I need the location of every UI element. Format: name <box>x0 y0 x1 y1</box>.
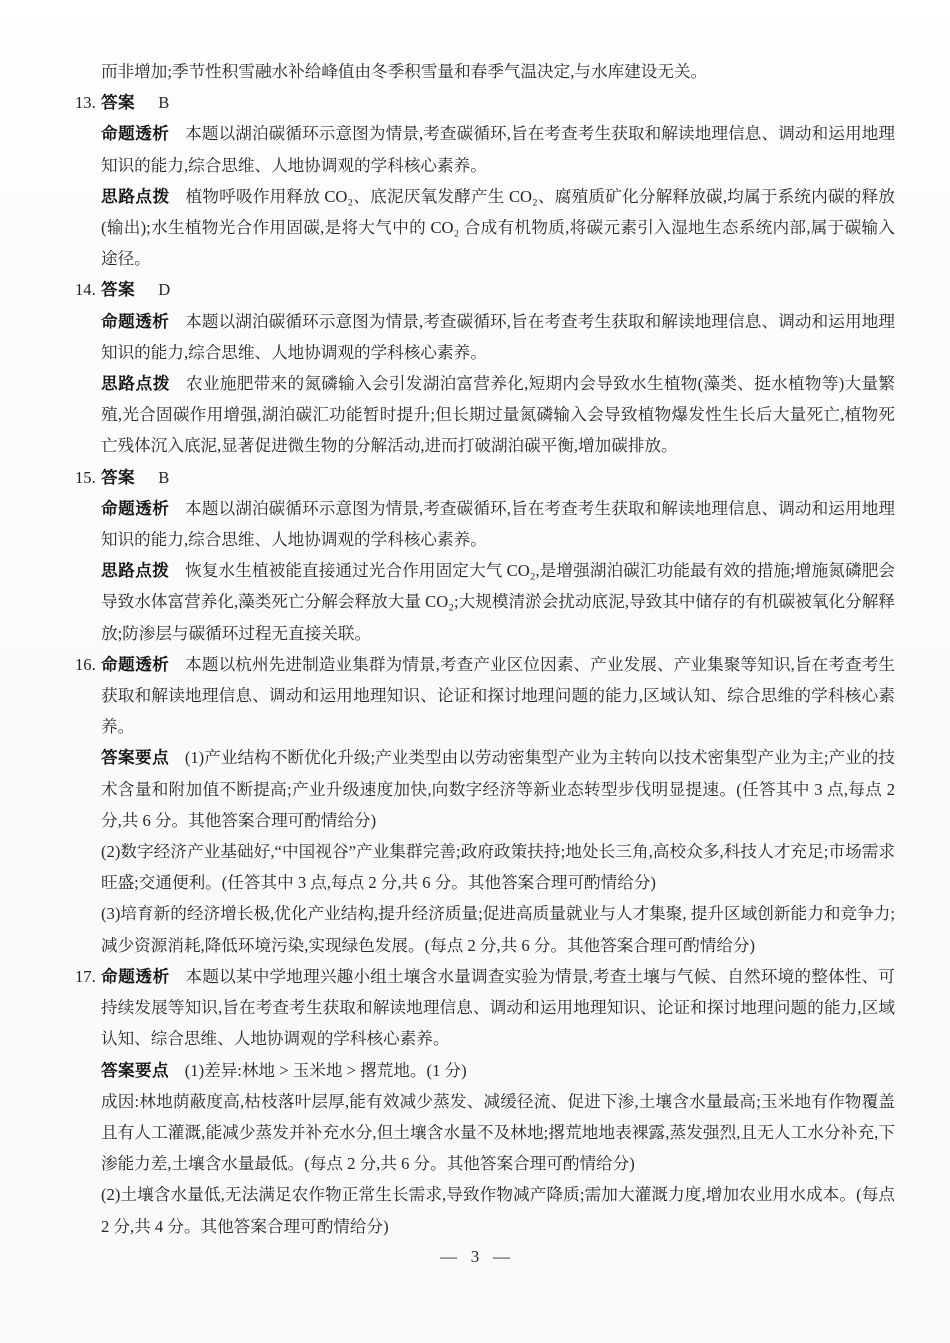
paragraph-text: 本题以杭州先进制造业集群为情景,考查产业区位因素、产业发展、产业集聚等知识,旨在… <box>101 655 895 736</box>
analysis-paragraph: 命题透析本题以湖泊碳循环示意图为情景,考查碳循环,旨在考查考生获取和解读地理信息… <box>101 493 895 555</box>
answer-line: 答案B <box>101 87 895 118</box>
item-12-continuation: 而非增加;季节性积雪融水补给峰值由冬季积雪量和春季气温决定,与水库建设无关。 <box>101 56 895 87</box>
answer-letter: B <box>158 468 170 487</box>
paragraph-text: 植物呼吸作用释放 CO₂、底泥厌氧发酵产生 CO₂、腐殖质矿化分解释放碳,均属于… <box>101 187 895 268</box>
key-points-label: 答案要点 <box>101 748 169 767</box>
answer-item-14: 14. 答案D 命题透析本题以湖泊碳循环示意图为情景,考查碳循环,旨在考查考生获… <box>101 274 895 461</box>
answer-letter: B <box>158 93 170 112</box>
analysis-label: 命题透析 <box>101 312 169 331</box>
key-points-paragraph: 答案要点(1)产业结构不断优化升级;产业类型由以劳动密集型产业为主转向以技术密集… <box>101 742 895 836</box>
key-points-paragraph: 答案要点(1)差异:林地 > 玉米地 > 撂荒地。(1 分) <box>101 1055 895 1086</box>
answer-item-13: 13. 答案B 命题透析本题以湖泊碳循环示意图为情景,考查碳循环,旨在考查考生获… <box>101 87 895 274</box>
paragraph-text: 恢复水生植被能直接通过光合作用固定大气 CO₂,是增强湖泊碳汇功能最有效的措施;… <box>101 561 895 642</box>
hints-paragraph: 思路点拨农业施肥带来的氮磷输入会引发湖泊富营养化,短期内会导致水生植物(藻类、挺… <box>101 368 895 462</box>
continuation-paragraph: 而非增加;季节性积雪融水补给峰值由冬季积雪量和春季气温决定,与水库建设无关。 <box>101 56 895 87</box>
item-number: 13. <box>75 87 96 118</box>
answer-label: 答案 <box>101 93 135 112</box>
item-number: 15. <box>75 462 96 493</box>
analysis-paragraph: 命题透析本题以某中学地理兴趣小组土壤含水量调查实验为情景,考查土壤与气候、自然环… <box>101 961 895 1055</box>
answer-item-16: 16. 命题透析本题以杭州先进制造业集群为情景,考查产业区位因素、产业发展、产业… <box>101 649 895 961</box>
sub-answer-paragraph: 成因:林地荫蔽度高,枯枝落叶层厚,能有效减少蒸发、减缓径流、促进下渗,土壤含水量… <box>101 1086 895 1180</box>
sub-answer-paragraph: (2)土壤含水量低,无法满足农作物正常生长需求,导致作物减产降质;需加大灌溉力度… <box>101 1179 895 1241</box>
item-number: 16. <box>75 649 96 680</box>
key-points-label: 答案要点 <box>101 1061 169 1080</box>
analysis-label: 命题透析 <box>101 124 169 143</box>
paragraph-text: 本题以湖泊碳循环示意图为情景,考查碳循环,旨在考查考生获取和解读地理信息、调动和… <box>101 499 895 549</box>
paragraph-text: 成因:林地荫蔽度高,枯枝落叶层厚,能有效减少蒸发、减缓径流、促进下渗,土壤含水量… <box>101 1092 895 1173</box>
analysis-label: 命题透析 <box>101 967 170 986</box>
hints-paragraph: 思路点拨植物呼吸作用释放 CO₂、底泥厌氧发酵产生 CO₂、腐殖质矿化分解释放碳… <box>101 181 895 275</box>
hints-paragraph: 思路点拨恢复水生植被能直接通过光合作用固定大气 CO₂,是增强湖泊碳汇功能最有效… <box>101 555 895 649</box>
paragraph-text: (1)产业结构不断优化升级;产业类型由以劳动密集型产业为主转向以技术密集型产业为… <box>101 748 895 829</box>
paragraph-text: (2)土壤含水量低,无法满足农作物正常生长需求,导致作物减产降质;需加大灌溉力度… <box>101 1185 895 1235</box>
answer-label: 答案 <box>101 468 135 487</box>
sub-answer-paragraph: (3)培育新的经济增长极,优化产业结构,提升经济质量;促进高质量就业与人才集聚,… <box>101 898 895 960</box>
hints-label: 思路点拨 <box>101 374 170 393</box>
hints-label: 思路点拨 <box>101 187 170 206</box>
answer-item-17: 17. 命题透析本题以某中学地理兴趣小组土壤含水量调查实验为情景,考查土壤与气候… <box>101 961 895 1242</box>
item-number: 17. <box>75 961 96 992</box>
analysis-label: 命题透析 <box>101 655 169 674</box>
paragraph-text: 本题以湖泊碳循环示意图为情景,考查碳循环,旨在考查考生获取和解读地理信息、调动和… <box>101 124 895 174</box>
analysis-paragraph: 命题透析本题以湖泊碳循环示意图为情景,考查碳循环,旨在考查考生获取和解读地理信息… <box>101 306 895 368</box>
analysis-paragraph: 命题透析本题以杭州先进制造业集群为情景,考查产业区位因素、产业发展、产业集聚等知… <box>101 649 895 743</box>
paragraph-text: (2)数字经济产业基础好,“中国视谷”产业集群完善;政府政策扶持;地处长三角,高… <box>101 842 895 892</box>
paragraph-text: 本题以某中学地理兴趣小组土壤含水量调查实验为情景,考查土壤与气候、自然环境的整体… <box>101 967 895 1048</box>
paragraph-text: 农业施肥带来的氮磷输入会引发湖泊富营养化,短期内会导致水生植物(藻类、挺水植物等… <box>101 374 895 455</box>
page-footer: — 3 — <box>0 1247 950 1267</box>
paragraph-text: (3)培育新的经济增长极,优化产业结构,提升经济质量;促进高质量就业与人才集聚,… <box>101 904 895 954</box>
answer-line: 答案D <box>101 274 895 305</box>
paragraph-text: 而非增加;季节性积雪融水补给峰值由冬季积雪量和春季气温决定,与水库建设无关。 <box>101 62 707 81</box>
page-number: — 3 — <box>440 1247 510 1266</box>
analysis-paragraph: 命题透析本题以湖泊碳循环示意图为情景,考查碳循环,旨在考查考生获取和解读地理信息… <box>101 118 895 180</box>
answer-key-page: 而非增加;季节性积雪融水补给峰值由冬季积雪量和春季气温决定,与水库建设无关。 1… <box>0 0 950 1343</box>
answer-line: 答案B <box>101 462 895 493</box>
answer-item-15: 15. 答案B 命题透析本题以湖泊碳循环示意图为情景,考查碳循环,旨在考查考生获… <box>101 462 895 649</box>
analysis-label: 命题透析 <box>101 499 169 518</box>
paragraph-text: 本题以湖泊碳循环示意图为情景,考查碳循环,旨在考查考生获取和解读地理信息、调动和… <box>101 312 895 362</box>
sub-answer-paragraph: (2)数字经济产业基础好,“中国视谷”产业集群完善;政府政策扶持;地处长三角,高… <box>101 836 895 898</box>
answers-section: 而非增加;季节性积雪融水补给峰值由冬季积雪量和春季气温决定,与水库建设无关。 1… <box>101 56 895 1242</box>
hints-label: 思路点拨 <box>101 561 169 580</box>
item-number: 14. <box>75 274 96 305</box>
answer-label: 答案 <box>101 280 135 299</box>
paragraph-text: (1)差异:林地 > 玉米地 > 撂荒地。(1 分) <box>185 1061 467 1080</box>
answer-letter: D <box>158 280 170 299</box>
